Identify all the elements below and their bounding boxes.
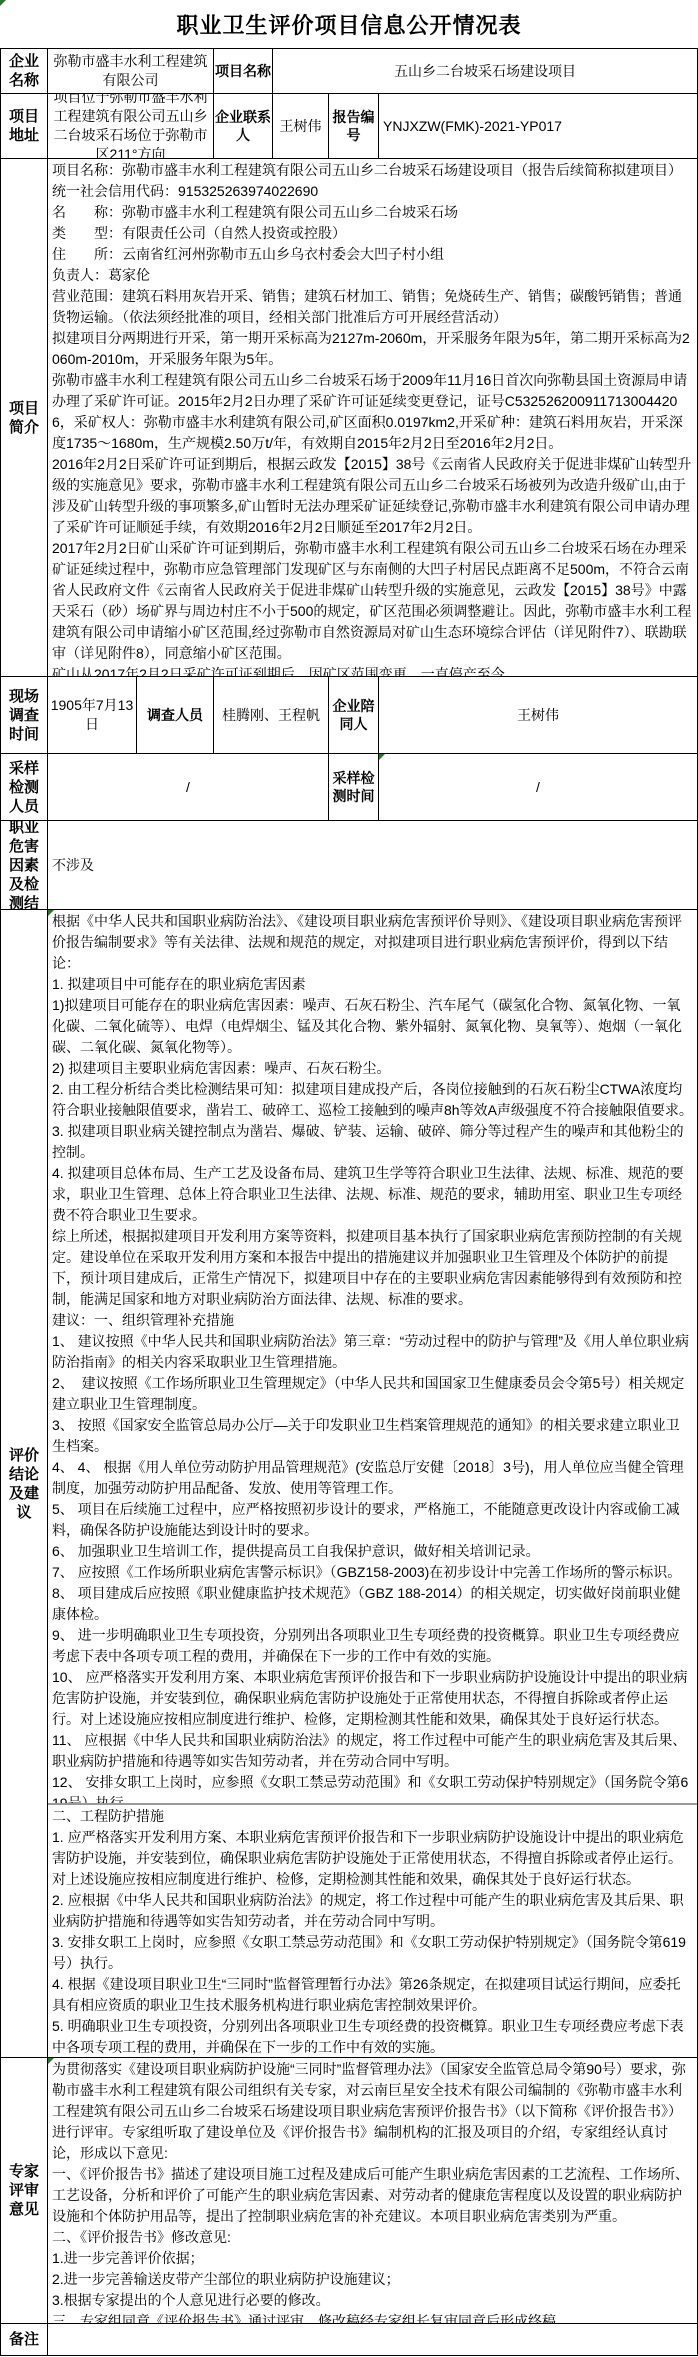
hazard-label: 企业职业危害因素及检测结果 <box>1 821 48 909</box>
green-corner-flag-icon <box>48 2058 54 2064</box>
remark-label: 备注 <box>1 2324 48 2355</box>
sampling-person-label: 采样检测人员 <box>1 754 48 820</box>
expert-row: 专家评审意见 为贯彻落实《建设项目职业病防护设施“三同时”监督管理办法》（国家安… <box>1 2058 697 2324</box>
report-number-value: YNJXZW(FMK)-2021-YP017 <box>379 94 697 158</box>
page-title: 职业卫生评价项目信息公开情况表 <box>0 0 698 48</box>
green-corner-flag-icon <box>379 754 385 760</box>
investigator-value: 桂腾刚、王程帆 <box>214 677 329 753</box>
survey-row: 现场调查时间 1905年7月13日 调查人员 桂腾刚、王程帆 企业陪同人 王树伟 <box>1 677 697 754</box>
sampling-person-value: / <box>48 754 329 820</box>
sampling-time-text: / <box>536 778 540 797</box>
company-name-label: 企业名称 <box>1 49 48 93</box>
contact-label: 企业联系人 <box>214 94 273 158</box>
green-corner-flag-icon <box>0 0 6 6</box>
conclusion-label: 评价结论及建议 <box>1 910 48 2057</box>
conclusion-part1-text: 根据《中华人民共和国职业病防治法》、《建设项目职业病危害预评价导则》、《建设项目… <box>48 910 697 1803</box>
remark-row: 备注 <box>1 2324 697 2355</box>
disclosure-sheet: 职业卫生评价项目信息公开情况表 企业名称 弥勒市盛丰水利工程建筑有限公司 项目名… <box>0 0 698 2357</box>
conclusion-content: 根据《中华人民共和国职业病防治法》、《建设项目职业病危害预评价导则》、《建设项目… <box>48 910 697 2057</box>
company-row: 企业名称 弥勒市盛丰水利工程建筑有限公司 项目名称 五山乡二台坡采石场建设项目 <box>1 49 697 94</box>
green-corner-flag-icon <box>48 910 54 916</box>
project-name-label: 项目名称 <box>214 49 273 93</box>
expert-text: 为贯彻落实《建设项目职业病防护设施“三同时”监督管理办法》（国家安全监管总局令第… <box>48 2058 697 2323</box>
contact-value: 王树伟 <box>273 94 329 158</box>
project-address-label: 项目地址 <box>1 94 48 158</box>
escort-label: 企业陪同人 <box>329 677 379 753</box>
project-intro-text: 项目名称：弥勒市盛丰水利工程建筑有限公司五山乡二台坡采石场建设项目（报告后续简称… <box>48 159 697 676</box>
project-address-value: 项目位于弥勒市盛丰水利工程建筑有限公司五山乡二台坡采石场位于弥勒市区211°方向 <box>48 94 214 158</box>
sampling-time-value: / <box>379 754 697 820</box>
expert-label: 专家评审意见 <box>1 2058 48 2323</box>
intro-row: 项目简介 项目名称：弥勒市盛丰水利工程建筑有限公司五山乡二台坡采石场建设项目（报… <box>1 159 697 677</box>
company-name-value: 弥勒市盛丰水利工程建筑有限公司 <box>48 49 214 93</box>
project-name-value: 五山乡二台坡采石场建设项目 <box>273 49 697 93</box>
survey-time-label: 现场调查时间 <box>1 677 48 753</box>
escort-value: 王树伟 <box>379 677 697 753</box>
hazard-row: 企业职业危害因素及检测结果 不涉及 <box>1 821 697 910</box>
survey-date-value: 1905年7月13日 <box>48 677 137 753</box>
sampling-row: 采样检测人员 / 采样检测时间 / <box>1 754 697 821</box>
disclosure-table: 企业名称 弥勒市盛丰水利工程建筑有限公司 项目名称 五山乡二台坡采石场建设项目 … <box>0 48 698 2356</box>
investigator-label: 调查人员 <box>137 677 214 753</box>
project-intro-label: 项目简介 <box>1 159 48 676</box>
conclusion-row: 评价结论及建议 根据《中华人民共和国职业病防治法》、《建设项目职业病危害预评价导… <box>1 910 697 2058</box>
address-row: 项目地址 项目位于弥勒市盛丰水利工程建筑有限公司五山乡二台坡采石场位于弥勒市区2… <box>1 94 697 159</box>
report-number-label: 报告编号 <box>329 94 379 158</box>
sampling-time-label: 采样检测时间 <box>329 754 379 820</box>
conclusion-part2-text: 二、工程防护措施 1. 应严格落实开发利用方案、本职业病危害预评价报告和下一步职… <box>48 1803 697 2057</box>
expert-content: 为贯彻落实《建设项目职业病防护设施“三同时”监督管理办法》（国家安全监管总局令第… <box>48 2058 697 2323</box>
hazard-value: 不涉及 <box>48 821 697 909</box>
remark-value <box>48 2324 697 2355</box>
